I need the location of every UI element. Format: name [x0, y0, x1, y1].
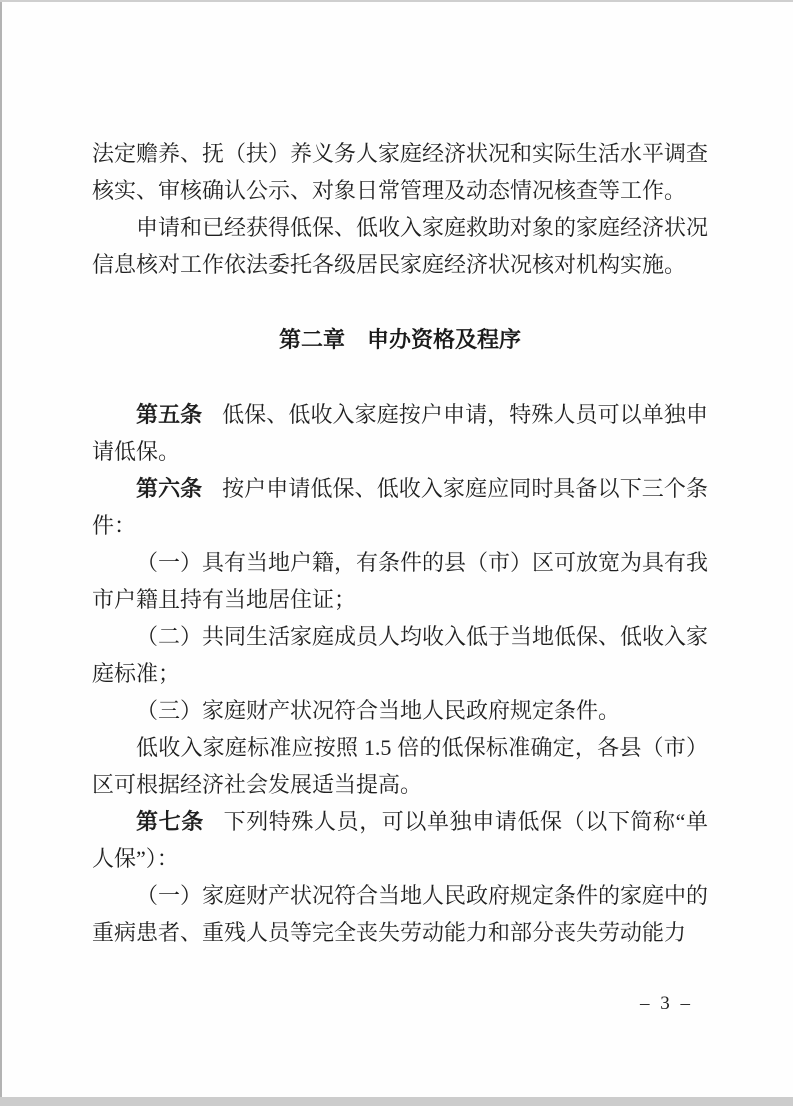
scanned-document-page: 法定赡养、抚（扶）养义务人家庭经济状况和实际生活水平调查核实、审核确认公示、对象…: [0, 0, 793, 1106]
paragraph-verification: 申请和已经获得低保、低收入家庭救助对象的家庭经济状况信息核对工作依法委托各级居民…: [92, 209, 708, 283]
article-7-number: 第七条: [136, 809, 204, 834]
article-6-item-3: （三）家庭财产状况符合当地人民政府规定条件。: [92, 692, 708, 729]
scan-edge-top: [0, 0, 793, 2]
document-body: 法定赡养、抚（扶）养义务人家庭经济状况和实际生活水平调查核实、审核确认公示、对象…: [92, 135, 708, 951]
chapter-heading: 第二章 申办资格及程序: [92, 321, 708, 358]
scan-edge-left: [0, 0, 2, 1106]
article-7-item-1: （一）家庭财产状况符合当地人民政府规定条件的家庭中的重病患者、重残人员等完全丧失…: [92, 877, 708, 951]
paragraph-article-7: 第七条下列特殊人员，可以单独申请低保（以下简称“单人保”）：: [92, 803, 708, 877]
paragraph-carryover: 法定赡养、抚（扶）养义务人家庭经济状况和实际生活水平调查核实、审核确认公示、对象…: [92, 135, 708, 209]
article-6-item-1: （一）具有当地户籍，有条件的县（市）区可放宽为具有我市户籍且持有当地居住证；: [92, 544, 708, 618]
page-number: – 3 –: [640, 994, 693, 1014]
scan-edge-bottom: [0, 1097, 793, 1106]
paragraph-article-6: 第六条按户申请低保、低收入家庭应同时具备以下三个条件：: [92, 470, 708, 544]
article-6-item-2: （二）共同生活家庭成员人均收入低于当地低保、低收入家庭标准；: [92, 618, 708, 692]
paragraph-article-5: 第五条低保、低收入家庭按户申请，特殊人员可以单独申请低保。: [92, 396, 708, 470]
article-6-number: 第六条: [136, 476, 202, 501]
article-5-number: 第五条: [136, 402, 202, 427]
paragraph-low-income-standard: 低收入家庭标准应按照 1.5 倍的低保标准确定，各县（市）区可根据经济社会发展适…: [92, 729, 708, 803]
